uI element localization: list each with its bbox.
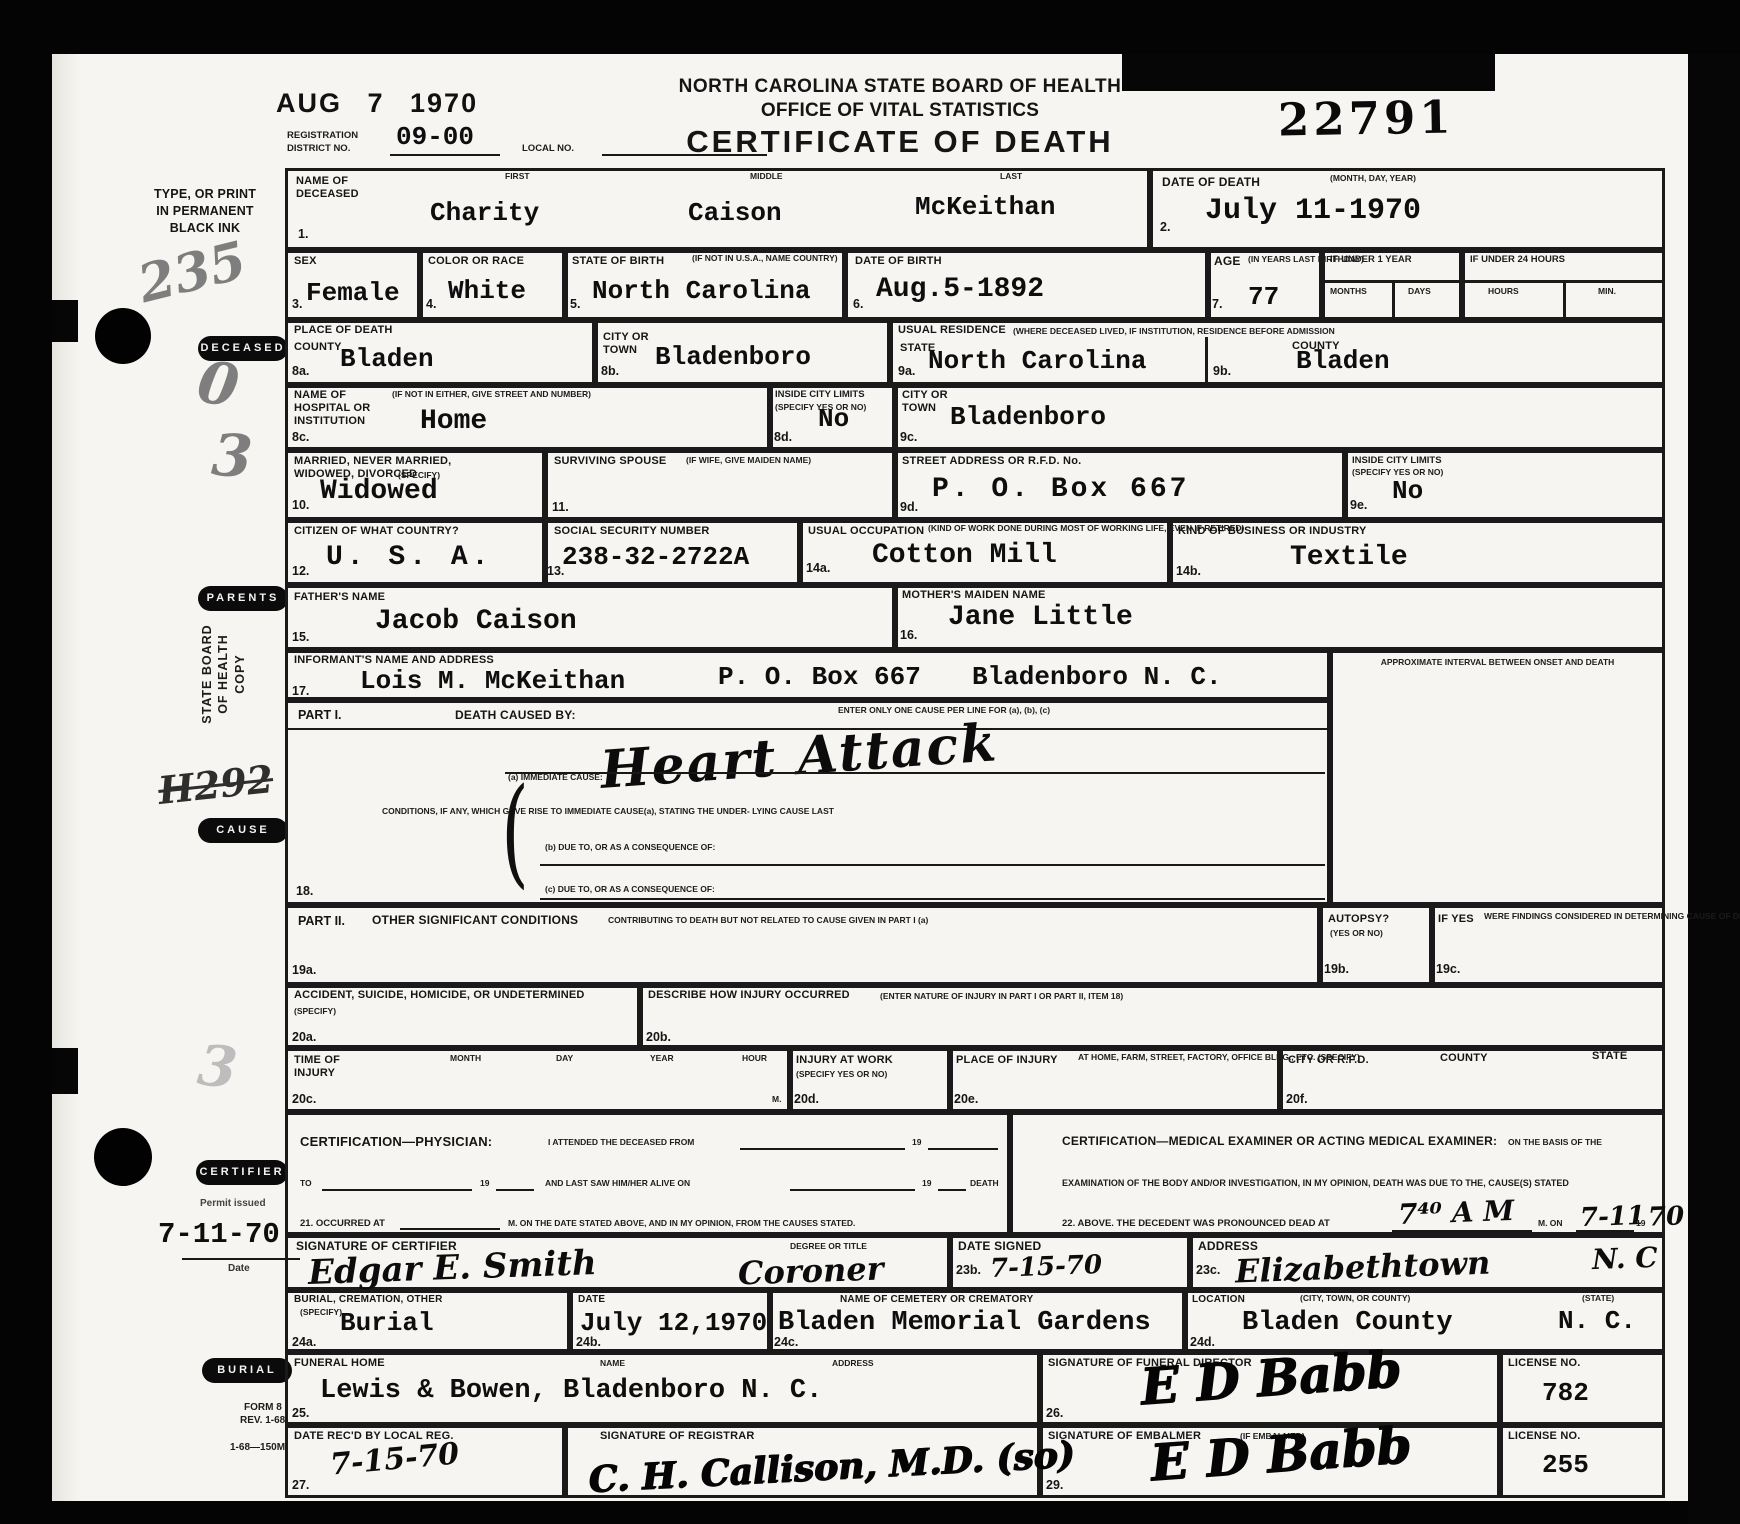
describe-injury-note: (ENTER NATURE OF INJURY IN PART I OR PAR… [880,991,1123,1002]
injury-state-label: STATE [1592,1050,1627,1063]
tab-burial: BURIAL [202,1358,292,1383]
year-label: YEAR [650,1053,674,1064]
age-value: 77 [1248,282,1279,312]
certifier-title-handwritten: Coroner [737,1249,884,1292]
middle-name-value: Caison [688,198,782,228]
min-label: MIN. [1598,286,1616,297]
hospital-note: (IF NOT IN EITHER, GIVE STREET AND NUMBE… [392,389,591,400]
part1-label: PART I. [298,708,342,722]
item-20a: 20a. [292,1030,316,1044]
sex-label: SEX [294,255,317,268]
inside-city-limits-8d-value: No [818,404,849,434]
embalmer-license-value: 255 [1542,1450,1589,1480]
item-8a: 8a. [292,364,309,378]
city-or-town-label: CITY OR TOWN [603,331,653,357]
date-of-death-label: DATE OF DEATH [1162,175,1260,189]
funeral-home-value: Lewis & Bowen, Bladenboro N. C. [320,1376,822,1406]
due-to-c-label: (c) DUE TO, OR AS A CONSEQUENCE OF: [545,884,715,895]
item-16: 16. [900,628,917,642]
occupation-label: USUAL OCCUPATION [808,525,924,538]
item-19a: 19a. [292,963,316,977]
findings-note: WERE FINDINGS CONSIDERED IN DETERMINING … [1484,911,1654,922]
date-signed-label: DATE SIGNED [958,1239,1041,1253]
age-label: AGE [1214,254,1241,268]
blank-line [1576,1230,1634,1232]
place-of-death-label: PLACE OF DEATH [294,324,393,337]
middle-label: MIDDLE [750,171,783,182]
permit-issued-label: Permit issued [200,1198,266,1211]
ssn-label: SOCIAL SECURITY NUMBER [554,525,710,538]
sex-value: Female [306,278,400,308]
item-18: 18. [296,884,313,898]
injury-county-label: COUNTY [1440,1052,1488,1065]
death-caused-by-label: DEATH CAUSED BY: [455,708,576,722]
tab-certifier: CERTIFIER [196,1160,288,1185]
brace-glyph: ( [501,762,529,900]
item-4: 4. [426,297,436,311]
month-day-year-note: (MONTH, DAY, YEAR) [1330,173,1416,184]
item-20f: 20f. [1286,1092,1308,1106]
hole-punch-bottom [94,1128,152,1186]
margin-note-3-faint: 3 [195,1032,241,1102]
approximate-interval-label: APPROXIMATE INTERVAL BETWEEN ONSET AND D… [1345,657,1650,668]
cell-time-of-injury [285,1048,790,1112]
last-name-value: McKeithan [915,192,1055,222]
accident-label: ACCIDENT, SUICIDE, HOMICIDE, OR UNDETERM… [294,989,585,1002]
item-11: 11. [552,500,569,514]
state-of-birth-value: North Carolina [592,276,810,306]
item-5: 5. [570,297,580,311]
blank-line [540,898,1325,900]
first-label: FIRST [505,171,530,182]
received-date-stamp: AUG 7 1970 [276,88,478,119]
date-label: Date [228,1263,250,1276]
day-label: DAY [556,1053,573,1064]
blank-line [390,154,500,156]
item-24d: 24d. [1190,1335,1215,1349]
m-on-label: M. ON [1538,1218,1563,1229]
form-number-line1: FORM 8 [244,1402,282,1415]
location-note: (CITY, TOWN, OR COUNTY) [1300,1293,1410,1304]
cemetery-state-value: N. C. [1558,1306,1636,1336]
time-of-injury-label: TIME OF INJURY [294,1054,354,1080]
death-word-label: DEATH [970,1178,999,1189]
blank-line [182,1258,300,1260]
license-no-embalmer-label: LICENSE NO. [1508,1430,1581,1443]
residence-state-value: North Carolina [928,346,1146,376]
director-license-value: 782 [1542,1378,1589,1408]
item-20c: 20c. [292,1092,316,1106]
usual-residence-note: (WHERE DECEASED LIVED, IF INSTITUTION, R… [1013,326,1335,337]
hospital-label: NAME OF HOSPITAL OR INSTITUTION [294,389,389,428]
other-significant-conditions-label: OTHER SIGNIFICANT CONDITIONS [372,913,578,927]
days-label: DAYS [1408,286,1431,297]
blank-line [740,1148,905,1150]
item-8c: 8c. [292,430,309,444]
father-value: Jacob Caison [375,606,577,637]
item-15: 15. [292,630,309,644]
blank-line [928,1148,998,1150]
permit-date: 7-11-70 [158,1218,280,1251]
informant-name-value: Lois M. McKeithan [360,666,625,696]
business-label: KIND OF BUSINESS OR INDUSTRY [1178,525,1367,538]
copy-stamp-line3: COPY [232,601,248,747]
item-20d: 20d. [794,1092,819,1106]
item-9e: 9e. [1350,498,1367,512]
blank-line [322,1189,472,1191]
document-title: CERTIFICATE OF DEATH [660,124,1140,161]
informant-address-value: P. O. Box 667 [718,662,921,692]
hours-label: HOURS [1488,286,1519,297]
item-20b: 20b. [646,1030,671,1044]
item-3: 3. [292,297,302,311]
form-number-line3: 1-68—150M [230,1442,285,1455]
autopsy-label: AUTOPSY? [1328,913,1389,926]
blank-line [938,1189,966,1191]
inside-city-limits-8d-label: INSIDE CITY LIMITS [775,389,887,401]
occurred-at-label: 21. OCCURRED AT [300,1218,385,1230]
blank-line [540,864,1325,866]
funeral-home-address-note: ADDRESS [832,1358,874,1369]
item-14a: 14a. [806,561,830,575]
scan-mark-left-2 [52,1048,78,1094]
city-rfd-label: CITY OR R.F.D. [1288,1054,1369,1067]
form-number-line2: REV. 1-68 [240,1415,285,1428]
signature-registrar-label: SIGNATURE OF REGISTRAR [600,1430,755,1443]
street-address-value: P. O. Box 667 [932,474,1189,505]
certification-physician-label: CERTIFICATION—PHYSICIAN: [300,1134,492,1149]
cemetery-value: Bladen Memorial Gardens [778,1308,1151,1338]
divider [1563,280,1566,320]
nineteen-4: 19 [1636,1218,1645,1229]
item-9a: 9a. [898,364,915,378]
registration-label: REGISTRATION [287,130,358,142]
one-cause-note: ENTER ONLY ONE CAUSE PER LINE FOR (a), (… [838,705,1050,716]
item-7: 7. [1212,297,1222,311]
residence-county-value: Bladen [1296,346,1390,376]
date-of-birth-value: Aug.5-1892 [876,274,1044,305]
item-20e: 20e. [954,1092,978,1106]
item-10: 10. [292,498,309,512]
item-24a: 24a. [292,1335,316,1349]
divider [1392,280,1395,320]
residence-city-value: Bladenboro [950,402,1106,432]
pronounced-year-handwritten: 70 [1647,1201,1684,1232]
usual-residence-label: USUAL RESIDENCE [898,324,1006,337]
scan-artifact-top [1122,54,1495,91]
cell-certification-medical-examiner [1010,1112,1665,1235]
blank-line [1392,1230,1532,1232]
citizen-label: CITIZEN OF WHAT COUNTRY? [294,525,459,538]
surviving-spouse-label: SURVIVING SPOUSE [554,455,666,468]
burial-date-value: July 12,1970 [580,1308,767,1338]
other-significant-note: CONTRIBUTING TO DEATH BUT NOT RELATED TO… [608,915,928,926]
hospital-value: Home [420,406,487,437]
marital-status-value: Widowed [320,476,438,507]
inside-city-limits-9e-value: No [1392,476,1423,506]
part2-label: PART II. [298,914,345,928]
item-29: 29. [1046,1478,1063,1492]
due-to-b-label: (b) DUE TO, OR AS A CONSEQUENCE OF: [545,842,715,853]
month-label: MONTH [450,1053,481,1064]
burial-date-label: DATE [578,1294,605,1306]
age-note: (IN YEARS LAST BIRTHDAY) [1248,254,1318,265]
informant-city-value: Bladenboro N. C. [972,662,1222,692]
conditions-note: CONDITIONS, IF ANY, WHICH GAVE RISE TO I… [382,806,482,817]
certifier-state-handwritten: N. C [1591,1241,1658,1276]
state-note: (STATE) [1582,1293,1614,1304]
occupation-note: (KIND OF WORK DONE DURING MOST OF WORKIN… [928,523,1128,534]
county-of-death-value: Bladen [340,344,434,374]
autopsy-yes-no-note: (YES OR NO) [1330,928,1383,939]
if-under-1-year-label: IF UNDER 1 YEAR [1330,254,1412,266]
blank-line [790,1189,915,1191]
state-of-birth-label: STATE OF BIRTH [572,255,664,268]
last-saw-alive-label: AND LAST SAW HIM/HER ALIVE ON [545,1178,690,1189]
describe-injury-label: DESCRIBE HOW INJURY OCCURRED [648,989,850,1002]
if-yes-label: IF YES [1438,913,1474,926]
state-board-copy-stamp: STATE BOARD OF HEALTH COPY [199,601,251,747]
nineteen-2: 19 [480,1178,489,1189]
funeral-home-label: FUNERAL HOME [294,1357,385,1370]
blank-line [496,1189,534,1191]
blank-line [400,1228,500,1230]
item-24c: 24c. [774,1335,798,1349]
state-of-birth-note: (IF NOT IN U.S.A., NAME COUNTRY) [692,253,822,264]
certificate-number: 22791 [1278,90,1455,146]
local-no-label: LOCAL NO. [522,143,574,155]
district-no-label: DISTRICT NO. [287,143,350,155]
item-19c: 19c. [1436,962,1460,976]
months-label: MONTHS [1330,286,1367,297]
place-of-injury-note: AT HOME, FARM, STREET, FACTORY, OFFICE B… [1078,1052,1273,1063]
nineteen-3: 19 [922,1178,931,1189]
to-label: TO [300,1178,312,1189]
inside-city-limits-9e-label: INSIDE CITY LIMITS [1352,455,1442,467]
date-signed-handwritten: 7-15-70 [990,1250,1103,1284]
license-no-label: LICENSE NO. [1508,1357,1581,1370]
burial-specify-note: (SPECIFY) [300,1307,342,1318]
copy-stamp-line2: OF HEALTH [215,601,231,747]
item-14b: 14b. [1176,564,1201,578]
item-26: 26. [1046,1406,1063,1420]
nineteen-1: 19 [912,1137,921,1148]
burial-cremation-label: BURIAL, CREMATION, OTHER [294,1294,443,1306]
office-title: OFFICE OF VITAL STATISTICS [660,100,1140,122]
item-9d: 9d. [900,500,918,514]
item-9c: 9c. [900,430,917,444]
cemetery-label: NAME OF CEMETERY OR CREMATORY [840,1294,1033,1306]
cell-certification-physician [285,1112,1010,1235]
if-under-24-hours-label: IF UNDER 24 HOURS [1470,254,1565,266]
hour-label: HOUR [742,1053,767,1064]
item-9b: 9b. [1213,364,1231,378]
surviving-spouse-note: (IF WIFE, GIVE MAIDEN NAME) [686,455,811,466]
street-address-label: STREET ADDRESS OR R.F.D. No. [902,455,1081,468]
item-2: 2. [1160,220,1170,234]
item-25: 25. [292,1406,309,1420]
date-of-birth-label: DATE OF BIRTH [855,255,942,268]
examination-label: EXAMINATION OF THE BODY AND/OR INVESTIGA… [1062,1178,1569,1189]
cemetery-location-value: Bladen County [1242,1308,1453,1338]
name-of-deceased-label: NAME OF DECEASED [296,175,368,201]
city-of-death-value: Bladenboro [655,342,811,372]
hole-punch-top [95,308,151,364]
item-6: 6. [853,297,863,311]
pronounced-dead-label: 22. ABOVE. THE DECEDENT WAS PRONOUNCED D… [1062,1218,1330,1230]
business-value: Textile [1290,542,1408,573]
divider [1205,337,1208,385]
scan-mark-left-1 [52,300,78,342]
place-of-injury-label: PLACE OF INJURY [956,1054,1058,1067]
father-label: FATHER'S NAME [294,591,385,604]
print-instruction: TYPE, OR PRINT IN PERMANENT BLACK INK [146,186,264,237]
race-value: White [448,276,526,306]
item-1: 1. [298,227,308,241]
date-of-death-value: July 11-1970 [1205,194,1421,228]
attended-from-label: I ATTENDED THE DECEASED FROM [548,1137,694,1148]
cell-approximate-interval [1330,650,1665,905]
meridiem-label: M. [772,1094,781,1105]
item-23c: 23c. [1196,1263,1220,1277]
last-label: LAST [1000,171,1022,182]
occupation-value: Cotton Mill [872,540,1057,571]
item-12: 12. [292,564,309,578]
injury-at-work-note: (SPECIFY YES OR NO) [796,1069,887,1080]
certification-medical-examiner-label: CERTIFICATION—MEDICAL EXAMINER OR ACTING… [1062,1134,1497,1148]
tab-cause: CAUSE [198,818,288,843]
ssn-value: 238-32-2722A [562,542,749,572]
item-8b: 8b. [601,364,619,378]
race-label: COLOR OR RACE [428,255,524,268]
board-title: NORTH CAROLINA STATE BOARD OF HEALTH [660,76,1140,98]
occurred-on-date-label: M. ON THE DATE STATED ABOVE, AND IN MY O… [508,1218,855,1229]
accident-specify-note: (SPECIFY) [294,1006,336,1017]
item-27: 27. [292,1478,309,1492]
county-label: COUNTY [294,341,342,354]
pronounced-time-handwritten: 7⁴⁰ A M [1397,1194,1514,1231]
registration-district-value: 09-00 [396,122,474,152]
scan-artifact-right [1688,54,1740,1524]
item-8d: 8d. [774,430,792,444]
mother-value: Jane Little [948,602,1133,633]
copy-stamp-line1: STATE BOARD [199,601,215,747]
item-24b: 24b. [576,1335,601,1349]
scanned-death-certificate: AUG 7 1970 REGISTRATION DISTRICT NO. 09-… [0,0,1740,1524]
location-label: LOCATION [1192,1294,1245,1306]
first-name-value: Charity [430,198,539,228]
item-17: 17. [292,684,309,698]
blank-line [505,772,1325,774]
funeral-home-name-note: NAME [600,1358,625,1369]
item-19b: 19b. [1324,962,1349,976]
citizen-value: U. S. A. [326,542,492,573]
item-23b: 23b. [956,1263,981,1277]
burial-value: Burial [340,1308,434,1338]
injury-at-work-label: INJURY AT WORK [796,1054,893,1067]
margin-note-3: 3 [210,421,255,492]
on-the-basis-label: ON THE BASIS OF THE [1508,1137,1602,1148]
residence-city-label: CITY OR TOWN [902,389,952,415]
mother-label: MOTHER'S MAIDEN NAME [902,589,1046,602]
